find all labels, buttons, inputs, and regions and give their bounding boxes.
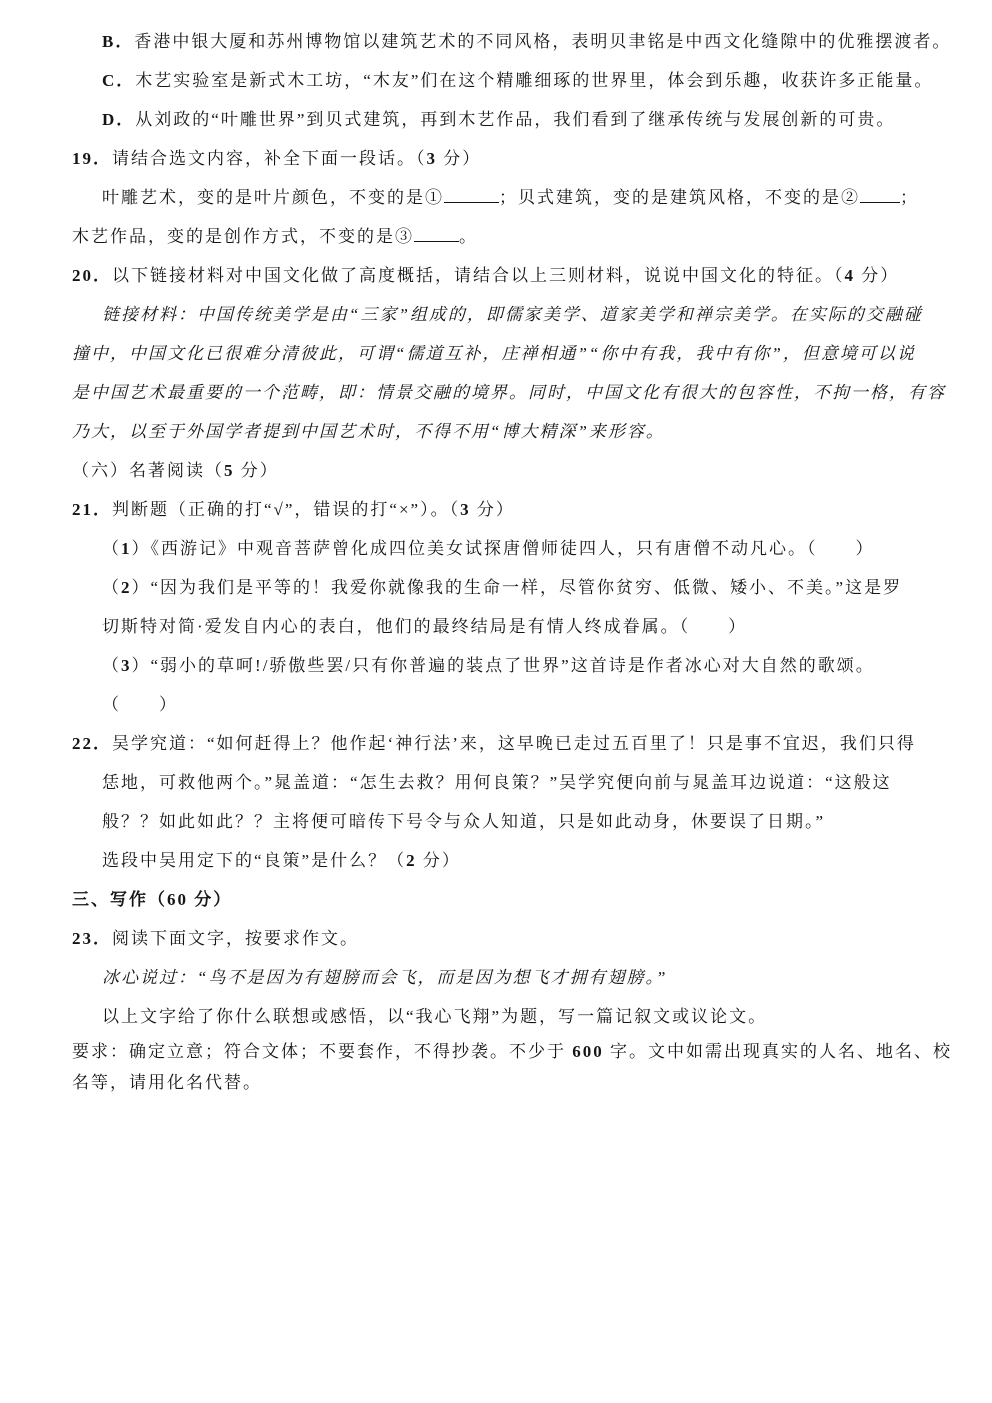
text-segment: 3 xyxy=(121,656,132,675)
q20-link-material-line4: 乃大，以至于外国学者提到中国艺术时，不得不用“博大精深”来形容。 xyxy=(72,412,936,451)
text-segment: 23． xyxy=(72,929,112,948)
document-body: B．香港中银大厦和苏州博物馆以建筑艺术的不同风格，表明贝聿铭是中西文化缝隙中的优… xyxy=(0,0,992,1098)
text-segment: 阅读下面文字，按要求作文。 xyxy=(112,929,359,948)
text-segment: 21． xyxy=(72,500,112,519)
q20-link-material-line3: 是中国艺术最重要的一个范畴，即：情景交融的境界。同时，中国文化有很大的包容性，不… xyxy=(72,373,936,412)
exam-page: B．香港中银大厦和苏州博物馆以建筑艺术的不同风格，表明贝聿铭是中西文化缝隙中的优… xyxy=(0,0,992,1403)
option-d: D．从刘政的“叶雕世界”到贝式建筑，再到木艺作品，我们看到了继承传统与发展创新的… xyxy=(72,100,936,139)
text-segment: 分） xyxy=(855,266,899,285)
text-segment: 3 xyxy=(460,500,471,519)
text-segment: 19． xyxy=(72,149,112,168)
text-segment: 分） xyxy=(437,149,481,168)
text-segment: 是中国艺术最重要的一个范畴，即：情景交融的境界。同时，中国文化有很大的包容性，不… xyxy=(72,383,946,402)
text-segment: ）《西游记》中观音菩萨曾化成四位美女试探唐僧师徒四人，只有唐僧不动凡心。（ ） xyxy=(132,539,875,558)
text-segment: D． xyxy=(102,110,135,129)
text-segment: 1 xyxy=(121,539,132,558)
text-segment: 2 xyxy=(121,578,132,597)
text-segment: 切斯特对简·爱发自内心的表白，他们的最终结局是有情人终成眷属。（ ） xyxy=(102,617,747,636)
text-segment: （ xyxy=(102,656,121,675)
text-segment: 木艺作品，变的是创作方式，不变的是③ xyxy=(72,227,414,246)
text-segment: 恁地，可救他两个。”晁盖道：“怎生去救？用何良策？”吴学究便向前与晁盖耳边说道：… xyxy=(102,773,892,792)
answer-blank xyxy=(414,223,459,242)
text-segment: 判断题（正确的打“√”，错误的打“×”）。（ xyxy=(112,500,460,519)
q21-item-1: （1）《西游记》中观音菩萨曾化成四位美女试探唐僧师徒四人，只有唐僧不动凡心。（ … xyxy=(72,529,936,568)
section-6-header: （六）名著阅读（5 分） xyxy=(72,451,936,490)
text-segment: C． xyxy=(102,71,135,90)
text-segment: 三、写作（60 分） xyxy=(72,890,232,909)
q19-fill-blanks-line2: 木艺作品，变的是创作方式，不变的是③。 xyxy=(72,217,936,256)
text-segment: 香港中银大厦和苏州博物馆以建筑艺术的不同风格，表明贝聿铭是中西文化缝隙中的优雅摆… xyxy=(134,32,951,51)
option-b: B．香港中银大厦和苏州博物馆以建筑艺术的不同风格，表明贝聿铭是中西文化缝隙中的优… xyxy=(72,22,936,61)
text-segment: 600 xyxy=(572,1042,604,1061)
text-segment: B． xyxy=(102,32,134,51)
text-segment: 名等，请用化名代替。 xyxy=(72,1073,262,1092)
text-segment: 字。文中如需出现真实的人名、地名、校 xyxy=(604,1042,952,1061)
text-segment: 般？？如此如此？？主将便可暗传下号令与众人知道，只是如此动身，休要误了日期。” xyxy=(102,812,825,831)
text-segment: 2 xyxy=(406,851,417,870)
text-segment: 乃大，以至于外国学者提到中国艺术时，不得不用“博大精深”来形容。 xyxy=(72,422,665,441)
question-22-quote-line3: 般？？如此如此？？主将便可暗传下号令与众人知道，只是如此动身，休要误了日期。” xyxy=(72,802,936,841)
q21-item-3-line2: （ ） xyxy=(72,685,936,724)
q21-item-2-line2: 切斯特对简·爱发自内心的表白，他们的最终结局是有情人终成眷属。（ ） xyxy=(72,607,936,646)
q21-item-3-line1: （3）“弱小的草呵!/骄傲些罢/只有你普遍的装点了世界”这首诗是作者冰心对大自然… xyxy=(72,646,936,685)
text-segment: 要求：确定立意；符合文体；不要套作，不得抄袭。不少于 xyxy=(72,1042,572,1061)
text-segment: 4 xyxy=(845,266,856,285)
text-segment: ）“因为我们是平等的！我爱你就像我的生命一样，尽管你贫穷、低微、矮小、不美。”这… xyxy=(132,578,903,597)
text-segment: 选段中吴用定下的“良策”是什么？（ xyxy=(102,851,406,870)
text-segment: 3 xyxy=(427,149,438,168)
q20-link-material-line1: 链接材料：中国传统美学是由“三家”组成的，即儒家美学、道家美学和禅宗美学。在实际… xyxy=(72,295,936,334)
text-segment: 5 xyxy=(224,461,235,480)
text-segment: 冰心说过：“鸟不是因为有翅膀而会飞，而是因为想飞才拥有翅膀。” xyxy=(102,968,667,987)
text-segment: 分） xyxy=(417,851,461,870)
q21-item-2-line1: （2）“因为我们是平等的！我爱你就像我的生命一样，尽管你贫穷、低微、矮小、不美。… xyxy=(72,568,936,607)
text-segment: 分） xyxy=(471,500,515,519)
question-20-stem: 20．以下链接材料对中国文化做了高度概括，请结合以上三则材料，说说中国文化的特征… xyxy=(72,256,936,295)
question-21-stem: 21．判断题（正确的打“√”，错误的打“×”）。（3 分） xyxy=(72,490,936,529)
text-segment: 22． xyxy=(72,734,112,753)
text-segment: 吴学究道：“如何赶得上？他作起‘神行法’来，这早晚已走过五百里了！只是事不宜迟，… xyxy=(112,734,916,753)
text-segment: （ xyxy=(102,578,121,597)
question-22-ask: 选段中吴用定下的“良策”是什么？（2 分） xyxy=(72,841,936,880)
text-segment: 撞中，中国文化已很难分清彼此，可谓“儒道互补，庄禅相通”“你中有我，我中有你”，… xyxy=(72,344,916,363)
text-segment: 分） xyxy=(235,461,279,480)
text-segment: ）“弱小的草呵!/骄傲些罢/只有你普遍的装点了世界”这首诗是作者冰心对大自然的歌… xyxy=(132,656,875,675)
answer-blank xyxy=(444,184,499,203)
answer-blank xyxy=(860,184,900,203)
text-segment: 以下链接材料对中国文化做了高度概括，请结合以上三则材料，说说中国文化的特征。（ xyxy=(112,266,845,285)
question-23-stem: 23．阅读下面文字，按要求作文。 xyxy=(72,919,936,958)
text-segment: （ xyxy=(102,539,121,558)
text-segment: 叶雕艺术，变的是叶片颜色，不变的是① xyxy=(102,188,444,207)
q23-requirements-line2: 名等，请用化名代替。 xyxy=(72,1067,936,1098)
text-segment: ；贝式建筑，变的是建筑风格，不变的是② xyxy=(499,188,860,207)
text-segment: （六）名著阅读（ xyxy=(72,461,224,480)
q20-link-material-line2: 撞中，中国文化已很难分清彼此，可谓“儒道互补，庄禅相通”“你中有我，我中有你”，… xyxy=(72,334,936,373)
q19-fill-blanks-line1: 叶雕艺术，变的是叶片颜色，不变的是①；贝式建筑，变的是建筑风格，不变的是②； xyxy=(72,178,936,217)
question-22-quote-line2: 恁地，可救他两个。”晁盖道：“怎生去救？用何良策？”吴学究便向前与晁盖耳边说道：… xyxy=(72,763,936,802)
question-22-quote-line1: 22．吴学究道：“如何赶得上？他作起‘神行法’来，这早晚已走过五百里了！只是事不… xyxy=(72,724,936,763)
text-segment: 以上文字给了你什么联想或感悟，以“我心飞翔”为题，写一篇记叙文或议论文。 xyxy=(102,1007,767,1026)
text-segment: 链接材料：中国传统美学是由“三家”组成的，即儒家美学、道家美学和禅宗美学。在实际… xyxy=(102,305,923,324)
text-segment: 。 xyxy=(459,227,478,246)
text-segment: 请结合选文内容，补全下面一段话。（ xyxy=(112,149,427,168)
section-writing-header: 三、写作（60 分） xyxy=(72,880,936,919)
text-segment: 木艺实验室是新式木工坊，“木友”们在这个精雕细琢的世界里，体会到乐趣，收获许多正… xyxy=(135,71,933,90)
text-segment: 从刘政的“叶雕世界”到贝式建筑，再到木艺作品，我们看到了继承传统与发展创新的可贵… xyxy=(135,110,895,129)
question-19-stem: 19．请结合选文内容，补全下面一段话。（3 分） xyxy=(72,139,936,178)
q23-quote: 冰心说过：“鸟不是因为有翅膀而会飞，而是因为想飞才拥有翅膀。” xyxy=(72,958,936,997)
q23-requirements-line1: 要求：确定立意；符合文体；不要套作，不得抄袭。不少于 600 字。文中如需出现真… xyxy=(72,1036,936,1067)
text-segment: ； xyxy=(900,188,919,207)
q23-instruction: 以上文字给了你什么联想或感悟，以“我心飞翔”为题，写一篇记叙文或议论文。 xyxy=(72,997,936,1036)
text-segment: （ ） xyxy=(102,695,178,714)
option-c: C．木艺实验室是新式木工坊，“木友”们在这个精雕细琢的世界里，体会到乐趣，收获许… xyxy=(72,61,936,100)
text-segment: 20． xyxy=(72,266,112,285)
